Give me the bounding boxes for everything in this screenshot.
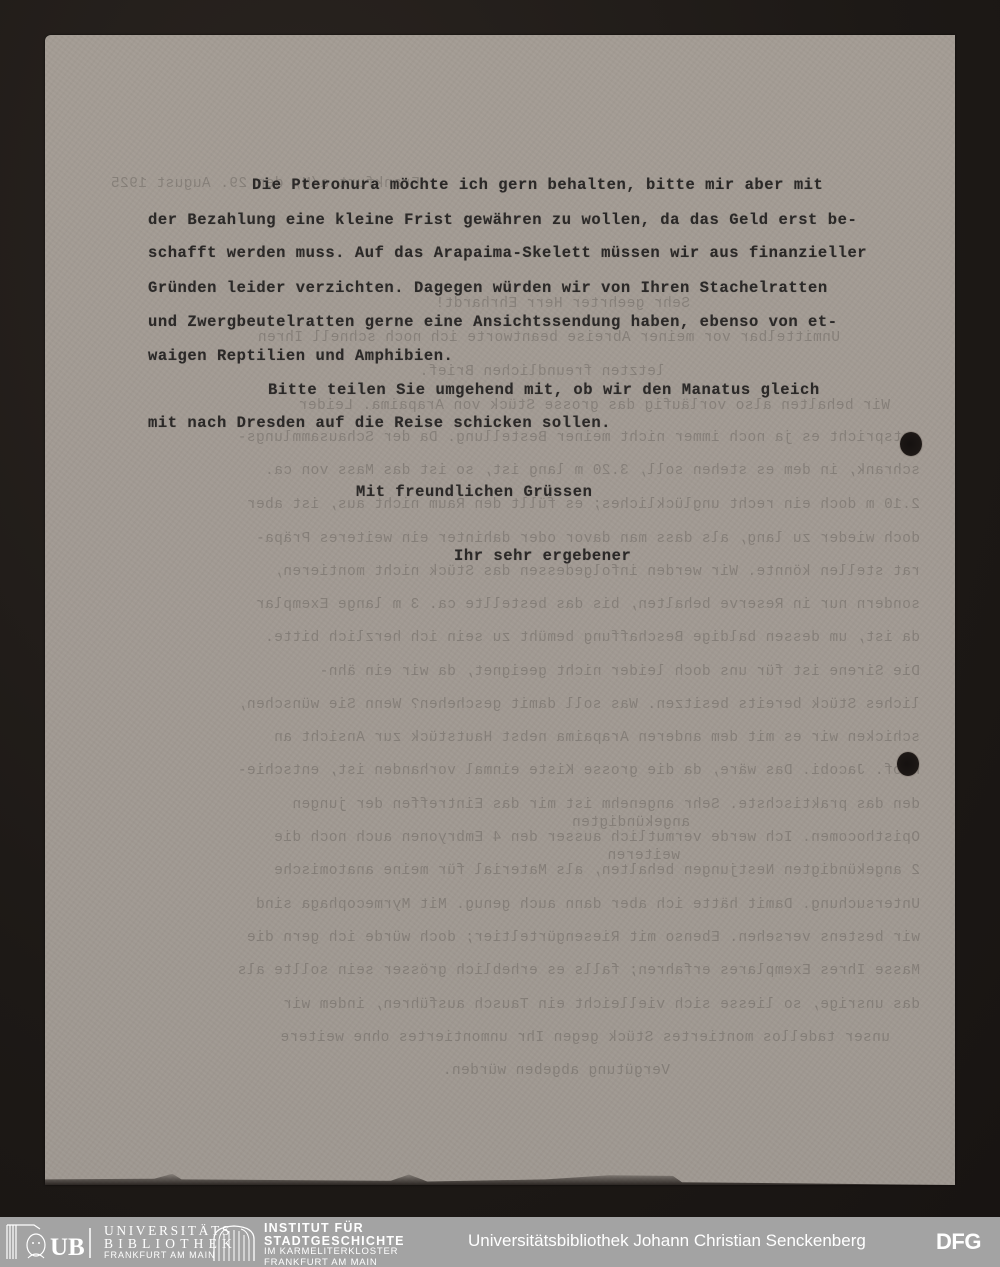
svg-text:UB: UB xyxy=(50,1234,85,1260)
isg-logo[interactable]: INSTITUT FÜR STADTGESCHICHTE IM KARMELIT… xyxy=(212,1222,412,1262)
bleed-through-line: Unmittelbar vor meiner Abreise beantwort… xyxy=(258,330,841,346)
ub-logo[interactable]: UB UNIVERSITÄTS BIBLIOTHEK FRANKFURT AM … xyxy=(6,1224,201,1260)
bleed-through-line: rat stellen könnte. Wir werden infolgede… xyxy=(274,564,920,580)
letter-closing: Mit freundlichen Grüssen xyxy=(356,483,592,501)
letter-line: Die Pteronura möchte ich gern behalten, … xyxy=(252,176,823,194)
bleed-through-line: angekündigten xyxy=(572,815,690,831)
bleed-through-line: liches Stück bereits besitzen. Was soll … xyxy=(237,697,920,713)
gothic-arch-icon xyxy=(212,1225,256,1261)
bleed-through-line: Wir behalten also vorläufig das grosse S… xyxy=(298,398,890,414)
bleed-through-line: Masse Ihres Exemplares erfahren; falls e… xyxy=(237,963,920,979)
bleed-through-line: Untersuchung. Damit hätte ich aber dann … xyxy=(256,897,920,913)
letter-signature-line: Ihr sehr ergebener xyxy=(454,547,631,565)
dfg-logo[interactable]: DFG xyxy=(936,1231,981,1253)
bleed-through-line: Sehr geehrter Herr Ehrhardt! xyxy=(435,296,690,312)
isg-logo-line3: IM KARMELITERKLOSTER xyxy=(264,1247,405,1258)
bleed-through-line: schicken wir es mit dem anderen Arapaima… xyxy=(274,730,920,746)
bleed-through-line: Die Sirene ist für uns doch leider nicht… xyxy=(319,664,920,680)
bleed-through-line: da ist, um dessen baldige Beschaffung be… xyxy=(265,630,920,646)
punch-hole xyxy=(897,752,919,776)
bleed-through-line: schrank, in dem es stehen soll, 3.20 m l… xyxy=(265,463,920,479)
bleed-through-line: weiteren xyxy=(607,848,680,864)
bleed-through-line: den das praktischste. Sehr angenehm ist … xyxy=(292,797,920,813)
bleed-through-line: entspricht es ja noch immer nicht meiner… xyxy=(237,430,920,446)
bleed-through-line: wir bestens versehen. Ebenso mit Rieseng… xyxy=(246,930,920,946)
isg-logo-text: INSTITUT FÜR STADTGESCHICHTE IM KARMELIT… xyxy=(264,1222,405,1267)
ub-emblem-icon: UB xyxy=(6,1224,92,1260)
bleed-through-line: unser tadellos montiertes Stück gegen Ih… xyxy=(280,1030,890,1046)
bleed-through-line: sondern nur in Reserve behalten, bis das… xyxy=(256,597,920,613)
bleed-through-text: Frankfurt a/M, den 29. August 1925Sehr g… xyxy=(45,35,955,1185)
bleed-through-line: Prof. Jacobi. Das wäre, da die grosse Ki… xyxy=(237,763,920,779)
bleed-through-line: letzten freundlichen Brief. xyxy=(419,364,665,380)
scan-viewer: Frankfurt a/M, den 29. August 1925Sehr g… xyxy=(0,0,1000,1217)
torn-bottom-edge xyxy=(45,1171,955,1185)
letter-line: der Bezahlung eine kleine Frist gewähren… xyxy=(148,211,857,229)
letter-line: waigen Reptilien und Amphibien. xyxy=(148,347,453,365)
bleed-through-line: doch wieder zu lang, als dass man davor … xyxy=(256,531,920,547)
bleed-through-line: das unsrige, so liesse sich vielleicht e… xyxy=(283,997,920,1013)
footer-bar: UB UNIVERSITÄTS BIBLIOTHEK FRANKFURT AM … xyxy=(0,1217,1000,1267)
isg-logo-line4: FRANKFURT AM MAIN xyxy=(264,1258,405,1267)
letter-line: mit nach Dresden auf die Reise schicken … xyxy=(148,414,611,432)
bleed-through-line: 2 angekündigten Nestjungen behalten, als… xyxy=(274,863,920,879)
letter-line: Bitte teilen Sie umgehend mit, ob wir de… xyxy=(268,381,820,399)
bleed-through-line: Vergütung abgeben würden. xyxy=(442,1063,670,1079)
letter-line: schafft werden muss. Auf das Arapaima-Sk… xyxy=(148,244,867,262)
isg-logo-line1: INSTITUT FÜR xyxy=(264,1222,405,1235)
footer-title[interactable]: Universitätsbibliothek Johann Christian … xyxy=(468,1231,866,1251)
letter-line: und Zwergbeutelratten gerne eine Ansicht… xyxy=(148,313,838,331)
letter-page: Frankfurt a/M, den 29. August 1925Sehr g… xyxy=(45,35,955,1185)
punch-hole xyxy=(900,432,922,456)
bleed-through-line: Opisthocomen. Ich werde vermutlich ausse… xyxy=(274,830,920,846)
letter-line: Gründen leider verzichten. Dagegen würde… xyxy=(148,279,828,297)
